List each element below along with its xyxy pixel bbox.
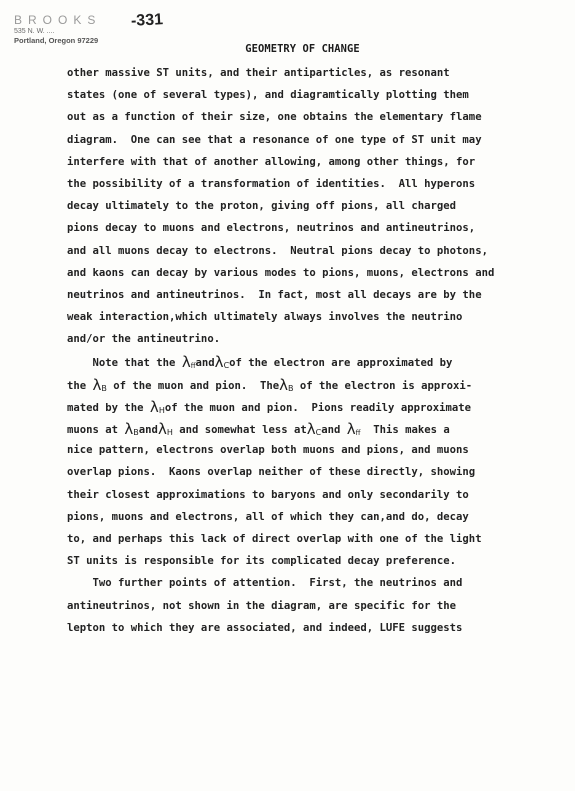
text-line: neutrinos and antineutrinos. In fact, mo… (67, 284, 567, 306)
text-fragment: and somewhat less at (173, 424, 307, 436)
lambda-subscript: H (159, 406, 165, 415)
lambda-b-symbol: λB (124, 420, 138, 438)
text-line: ST units is responsible for its complica… (67, 550, 567, 572)
lambda-subscript: ff (191, 362, 196, 370)
text-fragment: mated by the (67, 402, 150, 414)
lambda-glyph: λ (347, 420, 356, 438)
lambda-subscript: C (224, 361, 230, 370)
text-line: nice pattern, electrons overlap both muo… (67, 439, 567, 461)
lambda-glyph: λ (124, 420, 133, 438)
lambda-b-symbol: λB (93, 376, 107, 394)
lambda-glyph: λ (182, 353, 191, 371)
stamp-name: BROOKS (14, 13, 101, 27)
stamp-address: 535 N. W. .... (14, 27, 101, 36)
text-line: the λB of the muon and pion. TheλB of th… (67, 373, 567, 395)
text-line: mated by the λHof the muon and pion. Pio… (67, 395, 567, 417)
lambda-h-symbol: λH (150, 398, 165, 416)
text-fragment: Note that the (67, 357, 182, 369)
lambda-c-symbol: λC (215, 353, 229, 371)
lambda-glyph: λ (158, 420, 167, 438)
text-fragment: and (196, 357, 215, 369)
text-line: and/or the antineutrino. (67, 328, 567, 350)
text-line: antineutrinos, not shown in the diagram,… (67, 595, 567, 617)
text-fragment: of the muon and pion. Pions readily appr… (165, 402, 471, 414)
text-line: out as a function of their size, one obt… (67, 106, 567, 128)
lambda-subscript: ff (356, 429, 361, 437)
text-fragment: muons at (67, 424, 124, 436)
lambda-h-symbol: λH (158, 420, 173, 438)
text-line: states (one of several types), and diagr… (67, 84, 567, 106)
text-line: weak interaction,which ultimately always… (67, 306, 567, 328)
text-line: Note that the λffandλCof the electron ar… (67, 350, 567, 372)
lambda-subscript: B (288, 384, 294, 393)
document-body: other massive ST units, and their antipa… (67, 62, 567, 639)
lambda-subscript: H (167, 428, 173, 437)
lambda-b-symbol: λB (279, 376, 293, 394)
text-line: interfere with that of another allowing,… (67, 151, 567, 173)
lambda-ff-symbol: λff (347, 420, 361, 438)
handwritten-page-number: -331 (131, 11, 164, 31)
text-line: lepton to which they are associated, and… (67, 617, 567, 639)
text-line: Two further points of attention. First, … (67, 572, 567, 594)
text-line: diagram. One can see that a resonance of… (67, 129, 567, 151)
lambda-subscript: B (133, 428, 139, 437)
text-line: and kaons can decay by various modes to … (67, 262, 567, 284)
lambda-subscript: B (101, 384, 107, 393)
lambda-subscript: C (316, 428, 322, 437)
text-line: other massive ST units, and their antipa… (67, 62, 567, 84)
text-fragment: and (139, 424, 158, 436)
page-title: GEOMETRY OF CHANGE (0, 43, 575, 55)
lambda-ff-symbol: λff (182, 353, 196, 371)
text-line: pions decay to muons and electrons, neut… (67, 217, 567, 239)
text-line: to, and perhaps this lack of direct over… (67, 528, 567, 550)
lambda-glyph: λ (279, 376, 288, 394)
lambda-glyph: λ (215, 353, 224, 371)
text-line: and all muons decay to electrons. Neutra… (67, 240, 567, 262)
address-stamp: BROOKS 535 N. W. .... Portland, Oregon 9… (14, 13, 101, 45)
lambda-c-symbol: λC (307, 420, 321, 438)
text-fragment: of the electron are approximated by (229, 357, 452, 369)
text-fragment: of the electron is approxi- (294, 380, 473, 392)
lambda-glyph: λ (150, 398, 159, 416)
text-fragment: the (67, 380, 93, 392)
text-line: their closest approximations to baryons … (67, 484, 567, 506)
text-fragment: of the muon and pion. The (107, 380, 279, 392)
text-fragment: This makes a (361, 424, 450, 436)
text-line: the possibility of a transformation of i… (67, 173, 567, 195)
text-line: pions, muons and electrons, all of which… (67, 506, 567, 528)
text-line: decay ultimately to the proton, giving o… (67, 195, 567, 217)
text-fragment: and (321, 424, 347, 436)
lambda-glyph: λ (307, 420, 316, 438)
text-line: muons at λBandλH and somewhat less atλCa… (67, 417, 567, 439)
text-line: overlap pions. Kaons overlap neither of … (67, 461, 567, 483)
